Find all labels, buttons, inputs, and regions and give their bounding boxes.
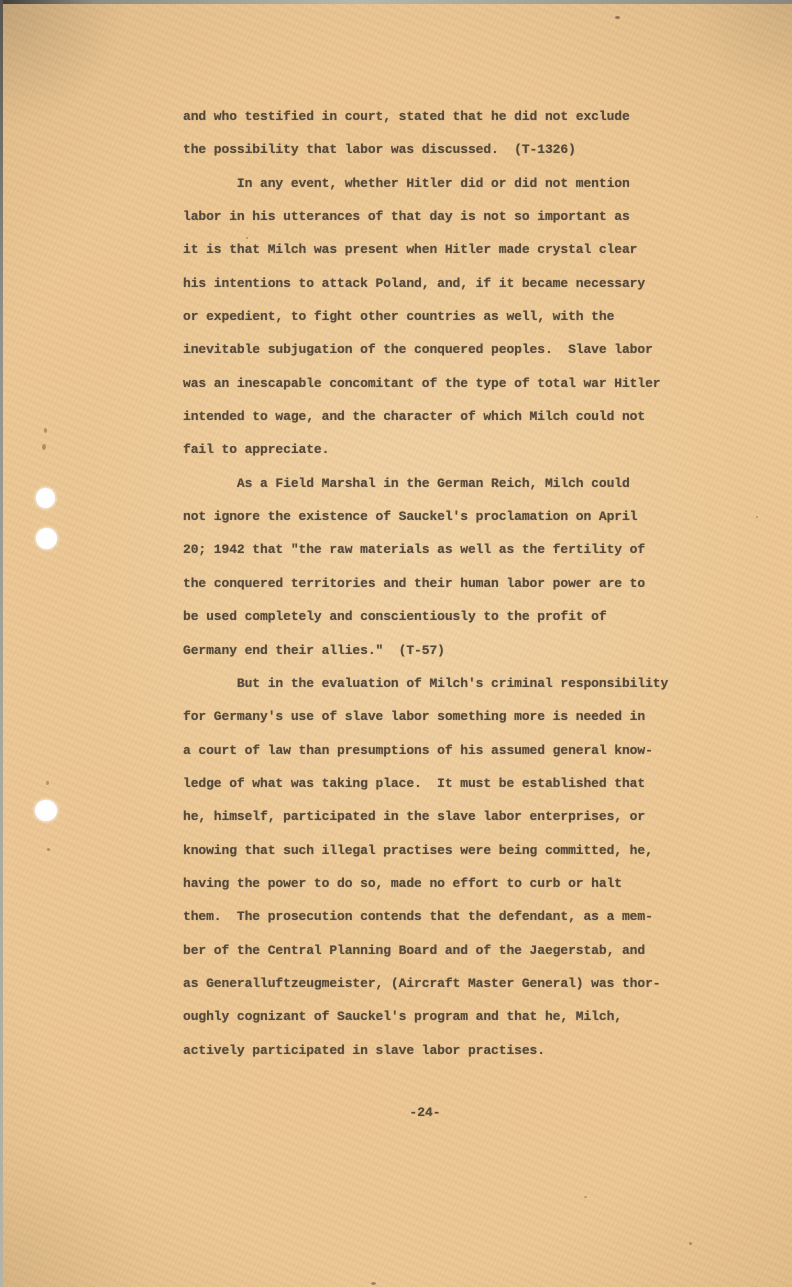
page-number: -24-: [183, 1096, 667, 1129]
text-line: 20; 1942 that "the raw materials as well…: [183, 533, 683, 566]
paper-speck: [371, 1282, 376, 1285]
document-body-text: and who testified in court, stated that …: [183, 100, 683, 1067]
paper-speck: [584, 1196, 587, 1198]
punch-hole: [36, 488, 55, 508]
text-line: actively participated in slave labor pra…: [183, 1034, 683, 1067]
text-line: be used completely and conscientiously t…: [183, 600, 683, 633]
text-line: or expedient, to fight other countries a…: [183, 300, 683, 333]
text-line: them. The prosecution contends that the …: [183, 900, 683, 933]
punch-hole: [36, 528, 57, 549]
scan-edge-left: [0, 0, 3, 1287]
text-line: as Generalluftzeugmeister, (Aircraft Mas…: [183, 967, 683, 1000]
text-line: As a Field Marshal in the German Reich, …: [183, 467, 683, 500]
paper-speck: [46, 781, 49, 785]
text-line: labor in his utterances of that day is n…: [183, 200, 683, 233]
text-line: Germany end their allies." (T-57): [183, 634, 683, 667]
paper-speck: [689, 1242, 692, 1245]
text-line: ber of the Central Planning Board and of…: [183, 934, 683, 967]
text-line: inevitable subjugation of the conquered …: [183, 333, 683, 366]
paper-speck: [42, 444, 46, 450]
text-line: and who testified in court, stated that …: [183, 100, 683, 133]
text-line: it is that Milch was present when Hitler…: [183, 233, 683, 266]
text-line: oughly cognizant of Sauckel's program an…: [183, 1000, 683, 1033]
scanned-document-page: and who testified in court, stated that …: [0, 0, 792, 1287]
text-line: fail to appreciate.: [183, 433, 683, 466]
text-line: he, himself, participated in the slave l…: [183, 800, 683, 833]
text-line: intended to wage, and the character of w…: [183, 400, 683, 433]
text-line: his intentions to attack Poland, and, if…: [183, 267, 683, 300]
text-line: not ignore the existence of Sauckel's pr…: [183, 500, 683, 533]
text-line: the conquered territories and their huma…: [183, 567, 683, 600]
scan-edge-top: [0, 0, 792, 4]
paper-speck: [756, 516, 758, 518]
paper-speck: [615, 16, 620, 19]
text-line: having the power to do so, made no effor…: [183, 867, 683, 900]
text-line: In any event, whether Hitler did or did …: [183, 167, 683, 200]
text-line: the possibility that labor was discussed…: [183, 133, 683, 166]
paper-speck: [47, 848, 50, 851]
text-line: knowing that such illegal practises were…: [183, 834, 683, 867]
text-line: was an inescapable concomitant of the ty…: [183, 367, 683, 400]
paper-speck: [44, 428, 47, 433]
text-line: for Germany's use of slave labor somethi…: [183, 700, 683, 733]
text-line: a court of law than presumptions of his …: [183, 734, 683, 767]
text-line: ledge of what was taking place. It must …: [183, 767, 683, 800]
text-line: But in the evaluation of Milch's crimina…: [183, 667, 683, 700]
punch-hole: [35, 800, 57, 821]
